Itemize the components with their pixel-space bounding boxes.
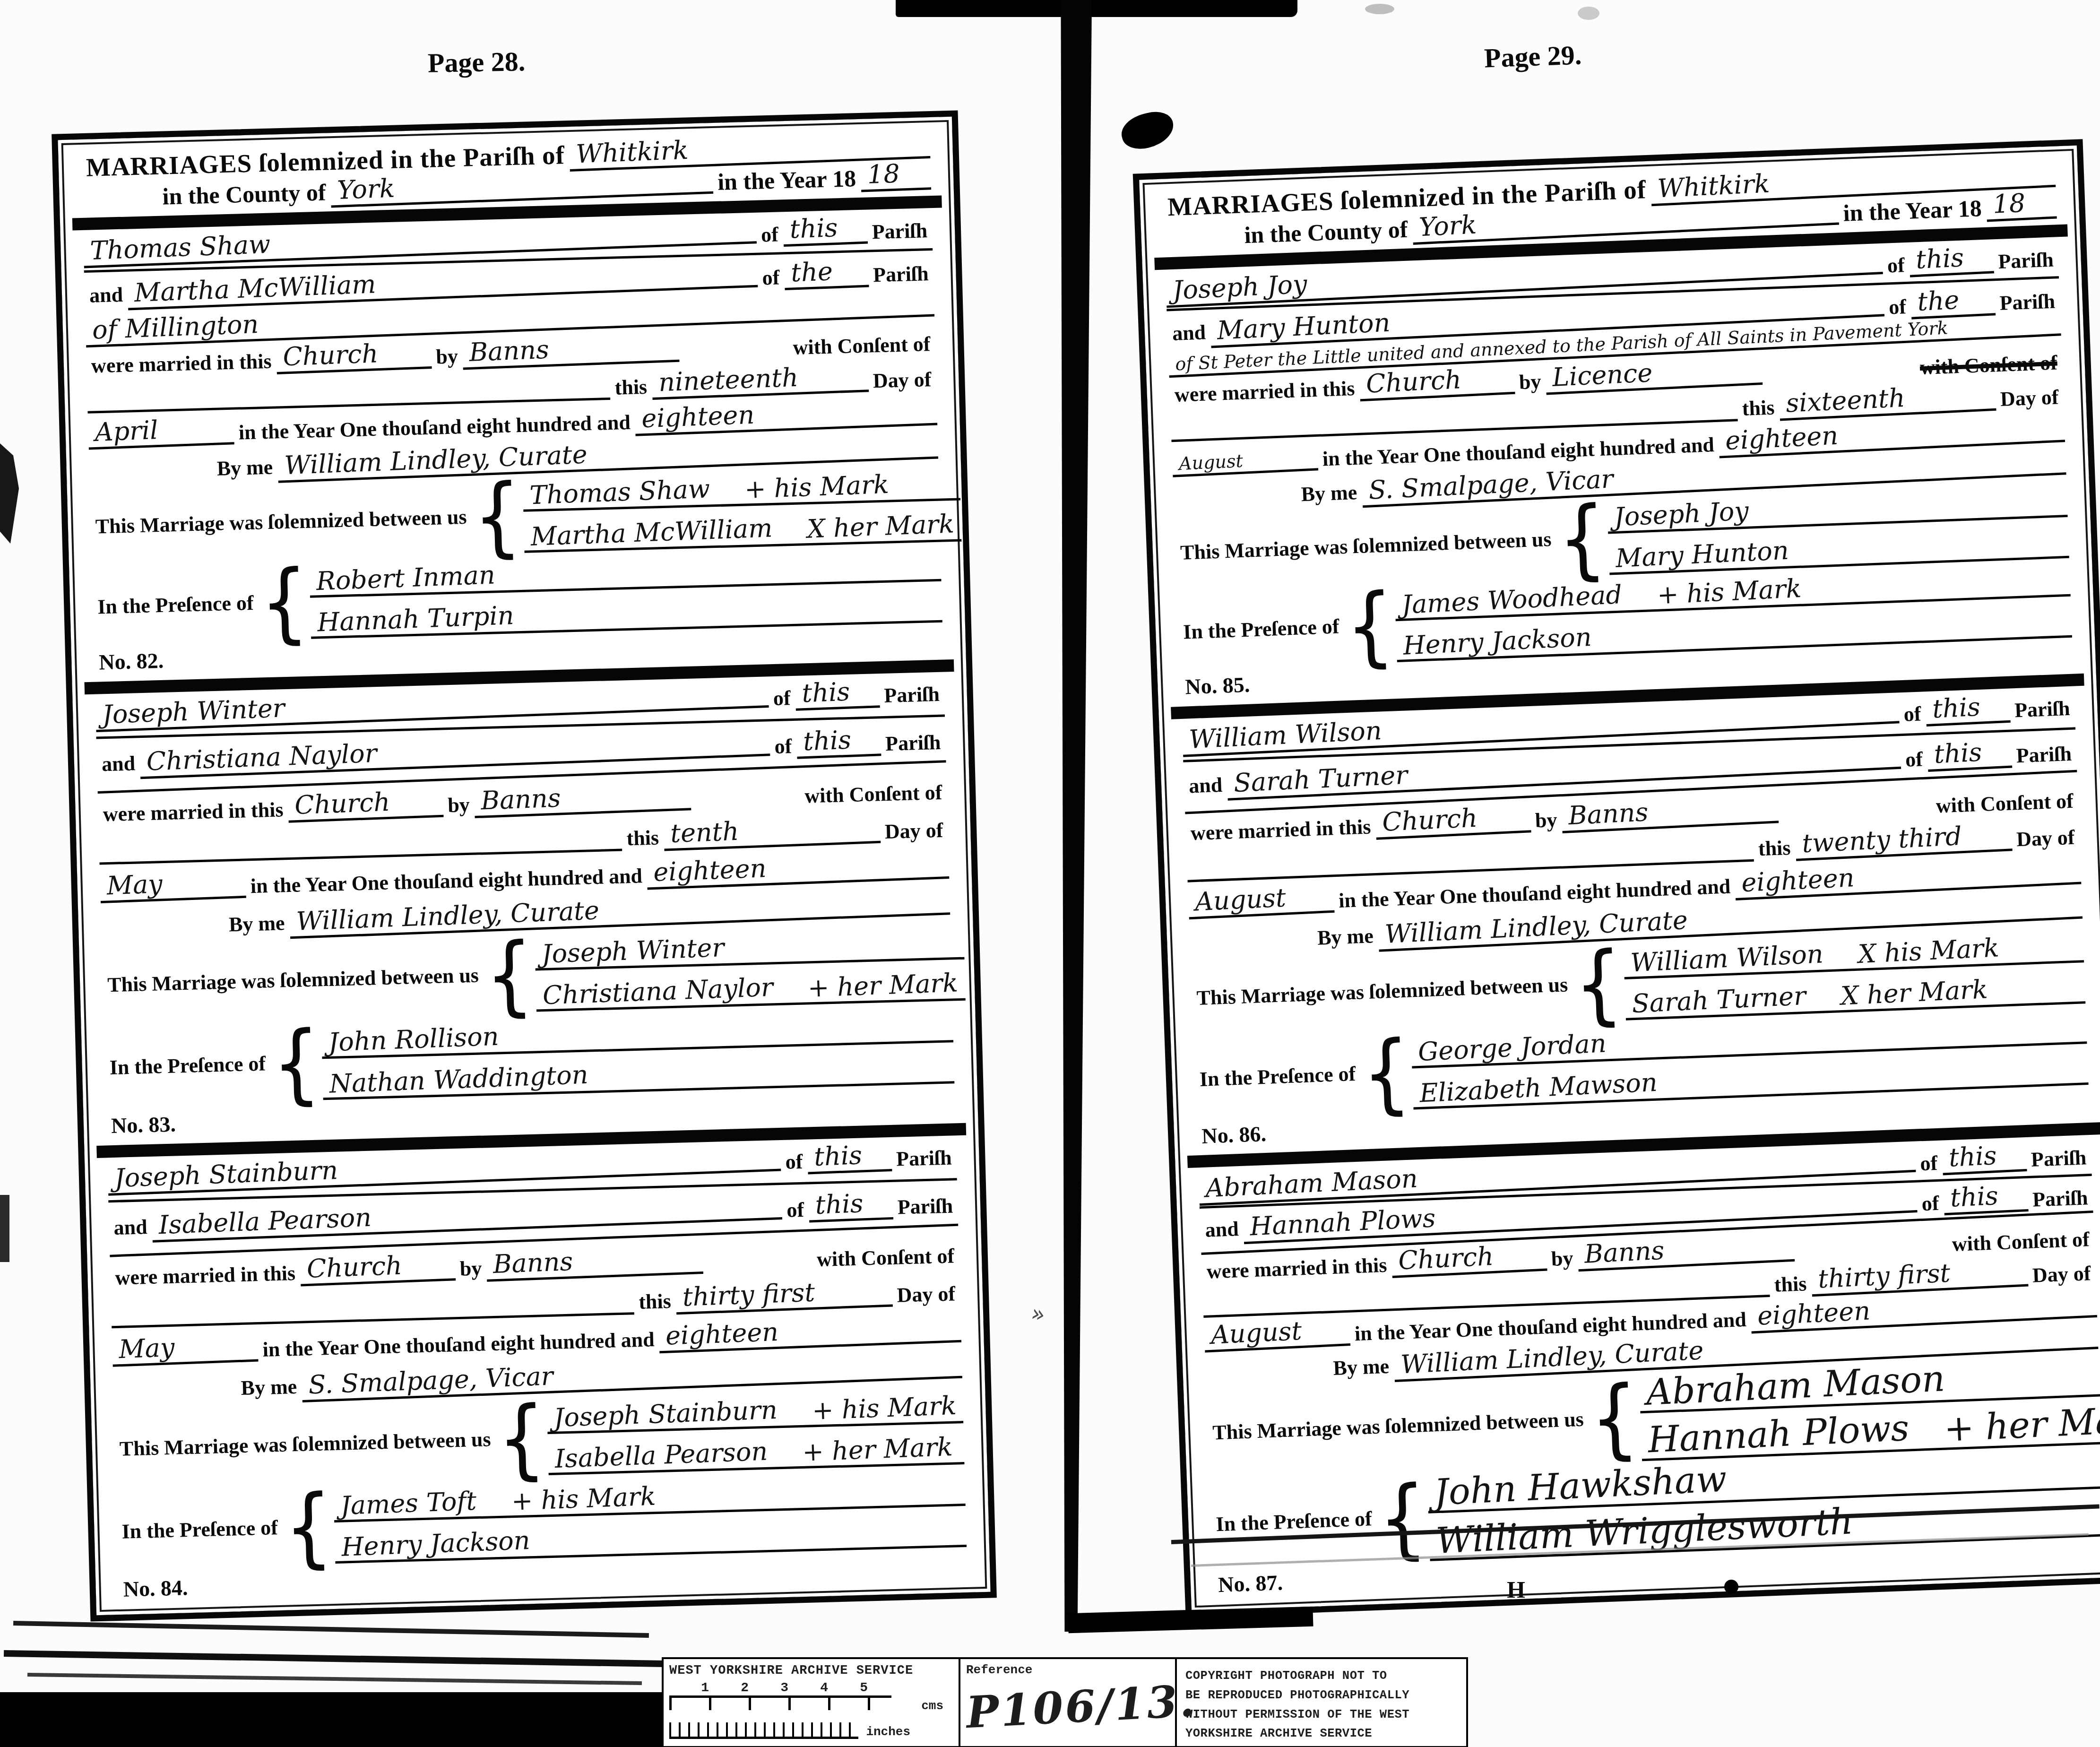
method: Licence <box>1545 355 1763 395</box>
witness1-signature: James Toft <box>333 1488 484 1521</box>
consent-label: with Conſent of <box>800 781 947 809</box>
year-word: eighteen <box>635 395 938 436</box>
bride-signature-line: Isabella Pearson + her Mark <box>548 1431 965 1475</box>
married-label: were married in this <box>110 1262 301 1290</box>
cm-number: 2 <box>709 1681 749 1695</box>
brace-glyph: { <box>1571 948 1625 1020</box>
of-label: of <box>757 266 785 290</box>
groom-parish-word: this <box>1925 693 2011 726</box>
year-phrase: in the Year One thouſand eight hundred a… <box>258 1328 659 1362</box>
bride-parish-word: this <box>808 1190 893 1222</box>
witness1-mark <box>524 588 537 590</box>
month: May <box>100 868 246 903</box>
brace-glyph: { <box>1587 1383 1642 1454</box>
witness2-mark <box>559 1553 572 1556</box>
copyright-line: BE REPRODUCED PHOTOGRAPHICALLY <box>1185 1686 1458 1705</box>
presence-label: In the Preſence of <box>93 591 259 619</box>
page-edge-streak <box>13 1621 649 1638</box>
ink-blot <box>1118 108 1177 154</box>
married-label: were married in this <box>86 350 277 379</box>
copyright-line: COPYRIGHT PHOTOGRAPH NOT TO <box>1185 1667 1458 1686</box>
witness2-mark <box>1686 1095 1699 1097</box>
brace-glyph: { <box>483 940 536 1011</box>
groom-parish-word: this <box>783 214 868 247</box>
inch-unit-label: inches <box>866 1725 910 1739</box>
copyright-line: YORKSHIRE ARCHIVE SERVICE <box>1185 1724 1458 1744</box>
solemnized-label: This Marriage was ſolemnized between us <box>1192 973 1573 1011</box>
presence-label: In the Preſence of <box>104 1052 271 1081</box>
gutter-shadow-bar <box>1068 1607 1314 1633</box>
entry-number: No. 87. <box>1213 1570 1288 1598</box>
book-gutter-shadow <box>1054 0 1092 1632</box>
groom-signature: Joseph Winter <box>535 934 731 969</box>
brace-glyph: { <box>269 1028 323 1099</box>
of-label: of <box>780 1150 808 1175</box>
consent-label: with Conſent of <box>1947 1228 2095 1257</box>
of-label: of <box>769 735 797 759</box>
printer-signature-mark: H <box>1507 1576 1525 1603</box>
groom-signature-line: Joseph Winter <box>535 925 964 970</box>
venue: Church <box>300 1251 456 1286</box>
groom-mark <box>1974 1397 1987 1399</box>
parish-label: Pariſh <box>1995 289 2060 316</box>
dayof-label: Day of <box>2011 826 2080 852</box>
parish-label: Pariſh <box>2011 742 2077 769</box>
witness2-signature: Elizabeth Mawson <box>1412 1069 1665 1108</box>
groom-parish-word: this <box>795 678 880 710</box>
this-label: this <box>622 826 664 851</box>
of-label: of <box>756 223 784 247</box>
bride-mark: + her Mark <box>1936 1401 2100 1449</box>
witness2-signature: Hannah Turpin <box>311 603 521 638</box>
brace-glyph: { <box>258 567 311 638</box>
bride-parish-word: this <box>1927 738 2012 771</box>
year-label: in the Year 18 <box>1838 195 1987 227</box>
bride-parish-word: the <box>1910 285 1996 319</box>
witness1-signature: James Woodhead <box>1394 581 1629 620</box>
witness2-signature: Henry Jackson <box>335 1528 537 1563</box>
cm-ruler-ticks <box>669 1695 891 1710</box>
witness1-mark: + his Mark <box>1650 575 1809 610</box>
of-label: of <box>1915 1151 1943 1176</box>
scan-speck <box>1578 7 1599 20</box>
by-label: by <box>1514 370 1546 395</box>
groom-signature: Joseph Joy <box>1607 498 1755 532</box>
bride-signature: Isabella Pearson <box>547 1438 774 1474</box>
this-label: this <box>634 1289 676 1315</box>
dayof-label: Day of <box>1995 386 2064 412</box>
married-label: were married in this <box>1185 815 1376 846</box>
method: Banns <box>486 1244 703 1282</box>
day-ordinal: tenth <box>663 813 881 851</box>
reference-panel: Reference P106/13. <box>959 1659 1175 1746</box>
witness1-mark <box>1756 1496 1769 1499</box>
groom-mark: X his Mark <box>1851 934 2006 969</box>
bride-signature: Christiana Naylor <box>536 974 780 1011</box>
cm-number: 3 <box>749 1681 788 1695</box>
presence-line: In the Preſence of { James Toft + his Ma… <box>116 1472 967 1569</box>
venue: Church <box>1391 1241 1547 1278</box>
and-label: and <box>84 283 128 308</box>
married-label: were married in this <box>1169 377 1360 407</box>
parish-label: Pariſh <box>2027 1185 2093 1212</box>
cm-ruler-numbers: 1 2 3 4 5 <box>669 1681 891 1695</box>
method: Banns <box>462 332 680 370</box>
witness1-mark: + his Mark <box>504 1483 663 1516</box>
and-label: and <box>1200 1217 1244 1242</box>
cm-ruler: 1 2 3 4 5 cms <box>669 1681 891 1710</box>
cm-number: 5 <box>828 1681 868 1695</box>
bride-parish-word: this <box>796 726 881 759</box>
groom-mark: + his Mark <box>738 472 896 505</box>
bride-mark: + her Mark <box>795 1434 960 1468</box>
venue: Church <box>1375 803 1531 839</box>
groom-parish-word: this <box>1942 1142 2027 1176</box>
of-label: of <box>1899 702 1926 727</box>
bride-parish-word: the <box>784 257 869 290</box>
byme-label: By me <box>1296 480 1362 507</box>
county-label: in the County of <box>1239 216 1413 249</box>
byme-label: By me <box>224 911 290 937</box>
copyright-line: WITHOUT PERMISSION OF THE WEST <box>1185 1705 1458 1725</box>
presence-label: In the Preſence of <box>1178 615 1344 645</box>
groom-signature: Joseph Stainburn <box>546 1397 784 1433</box>
entry-number: No. 83. <box>106 1112 181 1139</box>
parish-label: Pariſh <box>2026 1146 2091 1172</box>
method: Banns <box>1577 1232 1795 1272</box>
year-phrase: in the Year One thouſand eight hundred a… <box>245 864 647 899</box>
brace-glyph: { <box>1343 590 1397 661</box>
ink-dot <box>1724 1580 1738 1594</box>
witness1-signature: George Jordan <box>1411 1030 1614 1067</box>
witness1-line: James Toft + his Mark <box>333 1472 965 1522</box>
of-label: of <box>768 686 795 711</box>
month: August <box>1188 882 1335 919</box>
byme-label: By me <box>212 455 278 481</box>
entry-number: No. 84. <box>118 1575 193 1602</box>
day-ordinal: twenty third <box>1795 821 2012 861</box>
married-label: were married in this <box>1201 1254 1392 1284</box>
byme-label: By me <box>1312 924 1378 951</box>
solemnized-label: This Marriage was ſolemnized between us <box>103 964 484 998</box>
copyright-panel: COPYRIGHT PHOTOGRAPH NOT TO BE REPRODUCE… <box>1175 1659 1466 1746</box>
day-ordinal: thirty first <box>1811 1257 2028 1297</box>
presence-label: In the Preſence of <box>1194 1062 1361 1092</box>
bride-signature: Sarah Turner <box>1625 983 1813 1019</box>
brace-glyph: { <box>1555 502 1609 574</box>
brace-glyph: { <box>1375 1482 1430 1554</box>
groom-parish-word: this <box>807 1142 892 1174</box>
of-label: of <box>1900 747 1927 772</box>
year-word: eighteen <box>658 1313 961 1353</box>
year-written: 18 <box>1986 189 2057 222</box>
and-label: and <box>1184 773 1227 799</box>
byme-label: By me <box>236 1375 302 1401</box>
consent-label: with Conſent of <box>812 1244 959 1272</box>
month: August <box>1172 449 1318 477</box>
month: May <box>112 1332 258 1366</box>
bride-signature: Hannah Plows <box>1640 1410 1916 1460</box>
venue: Church <box>1359 364 1515 401</box>
page-number-right: Page 29. <box>1484 39 1582 74</box>
register-page-29: MARRIAGES ſolemnized in the Pariſh of Wh… <box>1133 139 2100 1617</box>
and-label: and <box>109 1215 152 1240</box>
witness1-mark <box>1635 1055 1649 1058</box>
solemnized-label: This Marriage was ſolemnized between us <box>1175 528 1556 565</box>
register-page-28: MARRIAGES ſolemnized in the Pariſh of Wh… <box>52 110 997 1621</box>
month: April <box>88 415 234 450</box>
witness2-signature: Nathan Waddington <box>322 1062 596 1099</box>
scan-edge-mark <box>0 1195 9 1262</box>
cm-unit-label: cms <box>921 1699 943 1713</box>
presence-label: In the Preſence of <box>1211 1507 1377 1537</box>
witness2-mark <box>1620 649 1633 651</box>
page-number-left: Page 28. <box>427 45 525 79</box>
bride-parish-word: this <box>1943 1182 2029 1215</box>
pencil-mark: » <box>1028 1300 1047 1329</box>
and-label: and <box>1167 320 1211 346</box>
bride-mark <box>1817 562 1831 565</box>
dayof-label: Day of <box>2027 1261 2096 1288</box>
inch-ruler: inches <box>669 1722 858 1739</box>
parish-label: Pariſh <box>881 731 946 756</box>
brace-glyph: { <box>471 481 525 552</box>
solemnized-line: This Marriage was ſolemnized between us … <box>114 1390 965 1487</box>
witness2-line: Nathan Waddington <box>322 1050 954 1100</box>
of-label: of <box>782 1198 809 1223</box>
solemnized-line: This Marriage was ſolemnized between us … <box>102 926 952 1023</box>
parish-label: Pariſh <box>891 1146 957 1171</box>
parish-label: Pariſh <box>868 262 934 287</box>
cm-number: 4 <box>788 1681 828 1695</box>
solemnized-label: This Marriage was ſolemnized between us <box>90 505 472 539</box>
bride-signature: Mary Hunton <box>1608 537 1796 574</box>
solemnized-label: This Marriage was ſolemnized between us <box>114 1427 496 1462</box>
groom-mark: + his Mark <box>805 1392 963 1426</box>
bride-signature-line: Martha McWilliam X her Mark <box>523 508 961 553</box>
page-edge-streak <box>4 1650 665 1667</box>
venue: Church <box>287 787 443 822</box>
bride-mark: X her Mark <box>800 511 961 544</box>
marriage-entry-82: Thomas Shaw of this Pariſh and Martha Mc… <box>72 208 953 679</box>
brace-glyph: { <box>1359 1037 1413 1108</box>
this-label: this <box>1737 396 1780 422</box>
bride-mark: + her Mark <box>801 970 965 1003</box>
witness1-signature: John Rollison <box>321 1023 506 1057</box>
scan-speck <box>1365 4 1394 14</box>
archive-service-title: WEST YORKSHIRE ARCHIVE SERVICE <box>669 1664 953 1678</box>
entry-number: No. 82. <box>94 648 169 675</box>
by-label: by <box>431 345 463 369</box>
witness1-line: John Rollison <box>321 1009 953 1059</box>
by-label: by <box>443 793 475 818</box>
day-ordinal: thirty first <box>675 1277 893 1315</box>
of-label: of <box>1884 295 1911 320</box>
solemnized-line: This Marriage was ſolemnized between us … <box>90 467 941 564</box>
dayof-label: Day of <box>892 1282 960 1307</box>
marriage-entry-83: Joseph Winter of this Pariſh and Christi… <box>85 672 966 1143</box>
marriage-entry-84: Joseph Stainburn of this Pariſh and Isab… <box>97 1135 978 1606</box>
reference-number: P106/13. <box>965 1677 1170 1738</box>
venue: Church <box>276 339 432 374</box>
groom-mark <box>1777 523 1790 525</box>
register-scan: Page 28. Page 29. MARRIAGES ſolemnized i… <box>0 0 2100 1747</box>
bride-signature: Martha McWilliam <box>523 515 779 552</box>
marriage-entry-87: Abraham Mason of this Pariſh and Hannah … <box>1188 1135 2100 1602</box>
dayof-label: Day of <box>880 819 948 844</box>
archive-reference-strip: WEST YORKSHIRE ARCHIVE SERVICE 1 2 3 4 5… <box>662 1657 1468 1747</box>
inch-ruler-ticks <box>669 1722 858 1739</box>
witness2-line: Henry Jackson <box>335 1513 967 1564</box>
groom-signature: William Wilson <box>1623 941 1831 977</box>
bride-signature-line: Christiana Naylor + her Mark <box>536 967 965 1012</box>
and-label: and <box>96 752 140 777</box>
byme-label: By me <box>1328 1355 1394 1381</box>
day-ordinal: sixteenth <box>1779 381 1996 421</box>
groom-signature-line: Joseph Stainburn + his Mark <box>546 1390 963 1434</box>
page-edge-streak <box>27 1673 642 1685</box>
parish-label: Pariſh <box>867 219 933 244</box>
by-label: by <box>1530 808 1562 833</box>
day-ordinal: nineteenth <box>651 363 869 400</box>
brace-glyph: { <box>282 1491 336 1562</box>
married-label: were married in this <box>98 798 288 827</box>
parish-label: Pariſh <box>892 1194 958 1219</box>
scan-ink-band <box>896 0 1297 17</box>
scan-black-border <box>0 1692 684 1747</box>
parish-label: Pariſh <box>2009 697 2075 723</box>
witness1-mark <box>527 1049 541 1051</box>
dayof-label: Day of <box>868 368 936 393</box>
method: Banns <box>1561 793 1779 833</box>
cm-number: 1 <box>669 1681 709 1695</box>
solemnized-label: This Marriage was ſolemnized between us <box>1207 1407 1589 1445</box>
scan-edge-mark <box>0 443 19 544</box>
witness1-signature: John Hawkshaw <box>1427 1460 1734 1512</box>
witness2-mark <box>617 1088 630 1090</box>
groom-mark <box>752 960 766 962</box>
brace-glyph: { <box>495 1403 549 1474</box>
groom-signature: Thomas Shaw <box>522 476 717 510</box>
bride-mark: X her Mark <box>1833 976 1995 1011</box>
archive-scale-panel: WEST YORKSHIRE ARCHIVE SERVICE 1 2 3 4 5… <box>664 1659 959 1746</box>
consent-label: with Conſent of <box>1931 789 2079 819</box>
groom-parish-word: this <box>1909 244 1994 277</box>
entry-number: No. 86. <box>1196 1121 1271 1149</box>
of-label: of <box>1917 1191 1944 1216</box>
witness2-mark <box>543 628 556 631</box>
method: Banns <box>474 780 691 818</box>
marriage-entry-85: Joseph Joy of this Pariſh and Mary Hunto… <box>1155 237 2083 704</box>
of-label: of <box>1882 253 1910 278</box>
this-label: this <box>610 375 652 400</box>
parish-label: Pariſh <box>1993 248 2058 274</box>
year-word: eighteen <box>647 849 950 890</box>
year-phrase: in the Year One thouſand eight hundred a… <box>233 411 635 445</box>
consent-label-struck: with Conſent of <box>1915 351 2063 380</box>
year-written: 18 <box>860 160 931 192</box>
parish-label: Pariſh <box>879 683 945 708</box>
by-label: by <box>1546 1246 1578 1271</box>
reference-label: Reference <box>966 1663 1169 1677</box>
presence-label: In the Preſence of <box>117 1516 283 1544</box>
groom-signature-line: Thomas Shaw + his Mark <box>522 467 960 512</box>
by-label: by <box>455 1257 487 1281</box>
year-label: in the Year 18 <box>712 165 861 196</box>
marriage-entry-86: William Wilson of this Pariſh and Sarah … <box>1171 686 2100 1153</box>
entry-number: No. 85. <box>1180 672 1255 700</box>
consent-label: with Conſent of <box>788 332 935 360</box>
witness2-signature: Henry Jackson <box>1396 624 1599 661</box>
this-label: this <box>1769 1271 1812 1297</box>
month: August <box>1204 1316 1351 1352</box>
witness1-signature: Robert Inman <box>309 562 502 597</box>
county-label: in the County of <box>157 179 331 210</box>
this-label: this <box>1753 836 1796 862</box>
